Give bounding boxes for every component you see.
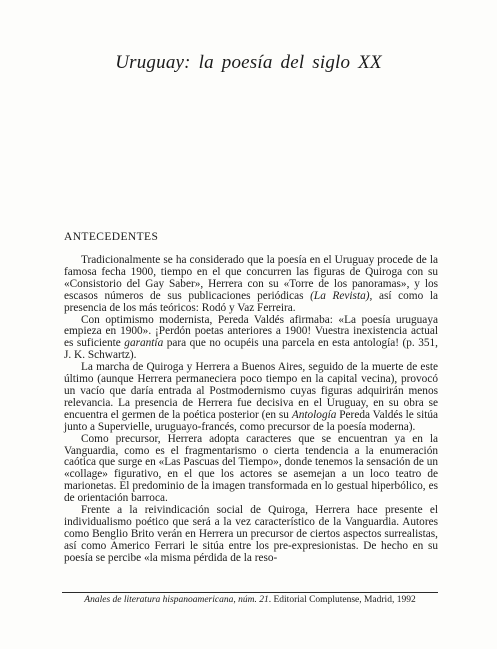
paragraph: Frente a la reivindicación social de Qui… bbox=[64, 505, 438, 565]
footer-citation: Anales de literatura hispanoamericana, n… bbox=[62, 595, 438, 605]
italic-run: Antología bbox=[292, 409, 337, 421]
paragraph: La marcha de Quiroga y Herrera a Buenos … bbox=[64, 362, 438, 433]
italic-run: (La Revista), bbox=[310, 290, 372, 302]
text-run: Frente a la reivindicación social de Qui… bbox=[64, 504, 438, 564]
footer-journal: Anales de literatura hispanoamericana, n… bbox=[84, 595, 268, 605]
section-heading: ANTECEDENTES bbox=[64, 231, 158, 243]
page-title: Uruguay: la poesía del siglo XX bbox=[0, 52, 497, 74]
paragraph: Como precursor, Herrera adopta caractere… bbox=[64, 434, 438, 505]
paragraph: Tradicionalmente se ha considerado que l… bbox=[64, 255, 438, 315]
body-paragraphs: Tradicionalmente se ha considerado que l… bbox=[64, 255, 438, 565]
paragraph: Con optimismo modernista, Pereda Valdés … bbox=[64, 315, 438, 363]
document-page: Uruguay: la poesía del siglo XX ANTECEDE… bbox=[0, 0, 497, 649]
text-run: Como precursor, Herrera adopta caractere… bbox=[64, 433, 438, 505]
italic-run: garantía bbox=[124, 337, 163, 349]
footer: Anales de literatura hispanoamericana, n… bbox=[62, 592, 438, 605]
footer-publisher: . Editorial Complutense, Madrid, 1992 bbox=[269, 595, 416, 605]
